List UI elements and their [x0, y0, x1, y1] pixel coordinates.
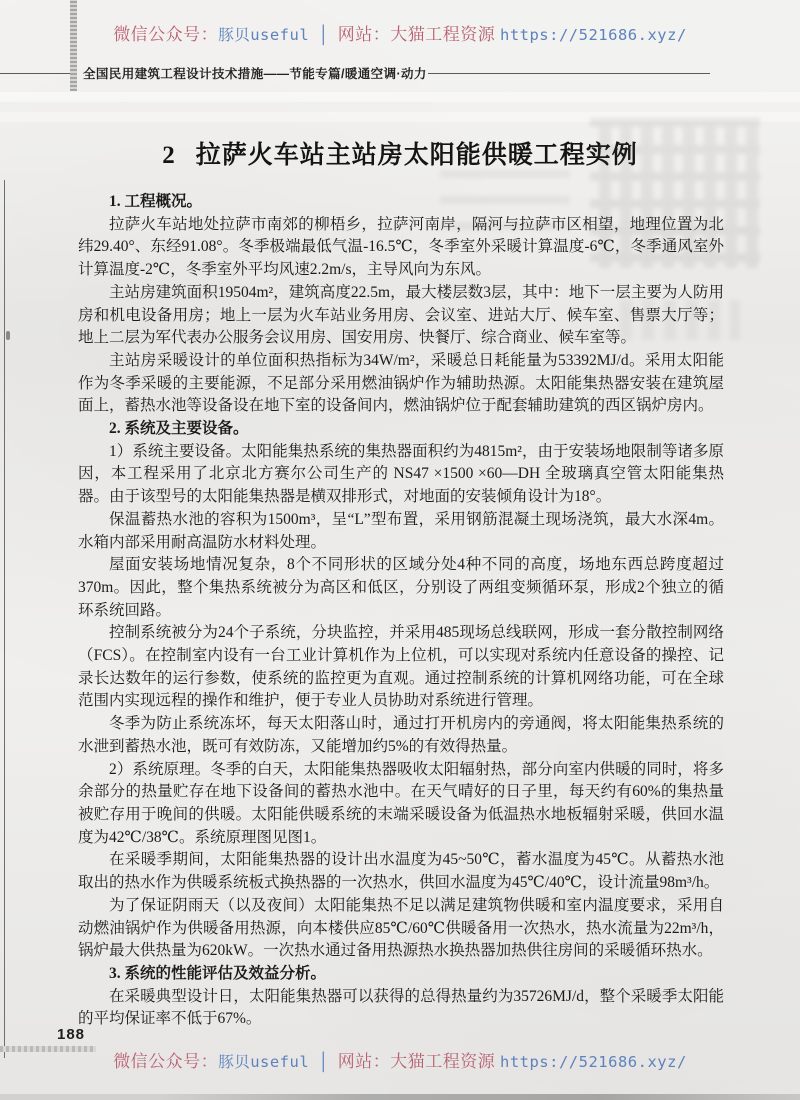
watermark-wechat-label: 微信公众号： [113, 1052, 218, 1071]
watermark-wechat-label: 微信公众号： [113, 25, 218, 44]
header-rule-right [428, 73, 710, 74]
section-heading: 1. 工程概况。 [78, 191, 724, 214]
page-edge-rule [4, 180, 5, 1058]
top-watermark: 微信公众号：豚贝useful│网站：大猫工程资源 https://521686.… [0, 20, 800, 45]
section-title-text: 拉萨火车站主站房太阳能供暖工程实例 [196, 142, 638, 169]
watermark-separator: │ [309, 25, 338, 44]
scan-artifact-band [0, 112, 800, 122]
running-header: 全国民用建筑工程设计技术措施——节能专篇/暖通空调·动力 [83, 64, 427, 82]
scanned-document-page: 微信公众号：豚贝useful│网站：大猫工程资源 https://521686.… [0, 0, 800, 1100]
watermark-separator: │ [309, 1052, 338, 1071]
watermark-url: https://521686.xyz/ [500, 26, 687, 44]
page-title: 2拉萨火车站主站房太阳能供暖工程实例 [0, 135, 800, 171]
body-paragraph: 2）系统原理。冬季的白天，太阳能集热器吸收太阳辐射热，部分向室内供暖的同时，将多… [78, 759, 724, 850]
document-body: 1. 工程概况。 拉萨火车站地处拉萨市南郊的柳梧乡，拉萨河南岸，隔河与拉萨市区相… [78, 191, 724, 1031]
body-paragraph: 在采暖典型设计日，太阳能集热器可以获得的总得热量约为35726MJ/d，整个采暖… [78, 986, 724, 1031]
binding-spine-hatch [70, 0, 77, 91]
body-paragraph: 拉萨火车站地处拉萨市南郊的柳梧乡，拉萨河南岸，隔河与拉萨市区相望，地理位置为北纬… [78, 214, 724, 282]
scan-speck-artifact [6, 331, 10, 340]
body-paragraph: 冬季为防止系统冻坏，每天太阳落山时，通过打开机房内的旁通阀，将太阳能集热系统的水… [78, 713, 724, 758]
section-heading: 2. 系统及主要设备。 [78, 418, 724, 441]
watermark-account: 豚贝useful [218, 26, 309, 44]
section-number: 2 [162, 142, 176, 169]
scan-bottom-edge [0, 1094, 800, 1100]
page-number: 188 [57, 1026, 85, 1043]
body-paragraph: 控制系统被分为24个子系统，分块监控，并采用485现场总线联网，形成一套分散控制… [78, 622, 724, 713]
body-paragraph: 1）系统主要设备。太阳能集热系统的集热器面积约为4815m²，由于安装场地限制等… [78, 441, 724, 509]
body-paragraph: 为了保证阴雨天（以及夜间）太阳能集热不足以满足建筑物供暖和室内温度要求，采用自动… [78, 895, 724, 963]
watermark-site-label: 网站： [338, 1052, 391, 1071]
watermark-site-name: 大猫工程资源 [390, 25, 495, 44]
watermark-url: https://521686.xyz/ [500, 1053, 687, 1071]
scan-artifact-band [0, 92, 800, 102]
watermark-site-label: 网站： [338, 25, 391, 44]
body-paragraph: 在采暖季期间，太阳能集热器的设计出水温度为45~50℃，蓄水温度为45℃。从蓄热… [78, 849, 724, 894]
bottom-watermark: 微信公众号：豚贝useful│网站：大猫工程资源 https://521686.… [0, 1047, 800, 1072]
header-rule-left [0, 73, 70, 74]
body-paragraph: 保温蓄热水池的容积为1500m³，呈“L”型布置，采用钢筋混凝土现场浇筑，最大水… [78, 509, 724, 554]
section-heading: 3. 系统的性能评估及效益分析。 [78, 963, 724, 986]
body-paragraph: 主站房采暖设计的单位面积热指标为34W/m²，采暖总日耗能量为53392MJ/d… [78, 350, 724, 418]
body-paragraph: 屋面安装场地情况复杂，8个不同形状的区域分处4种不同的高度，场地东西总跨度超过3… [78, 554, 724, 622]
watermark-account: 豚贝useful [218, 1053, 309, 1071]
body-paragraph: 主站房建筑面积19504m²，建筑高度22.5m，最大楼层数3层，其中：地下一层… [78, 282, 724, 350]
watermark-site-name: 大猫工程资源 [390, 1052, 495, 1071]
